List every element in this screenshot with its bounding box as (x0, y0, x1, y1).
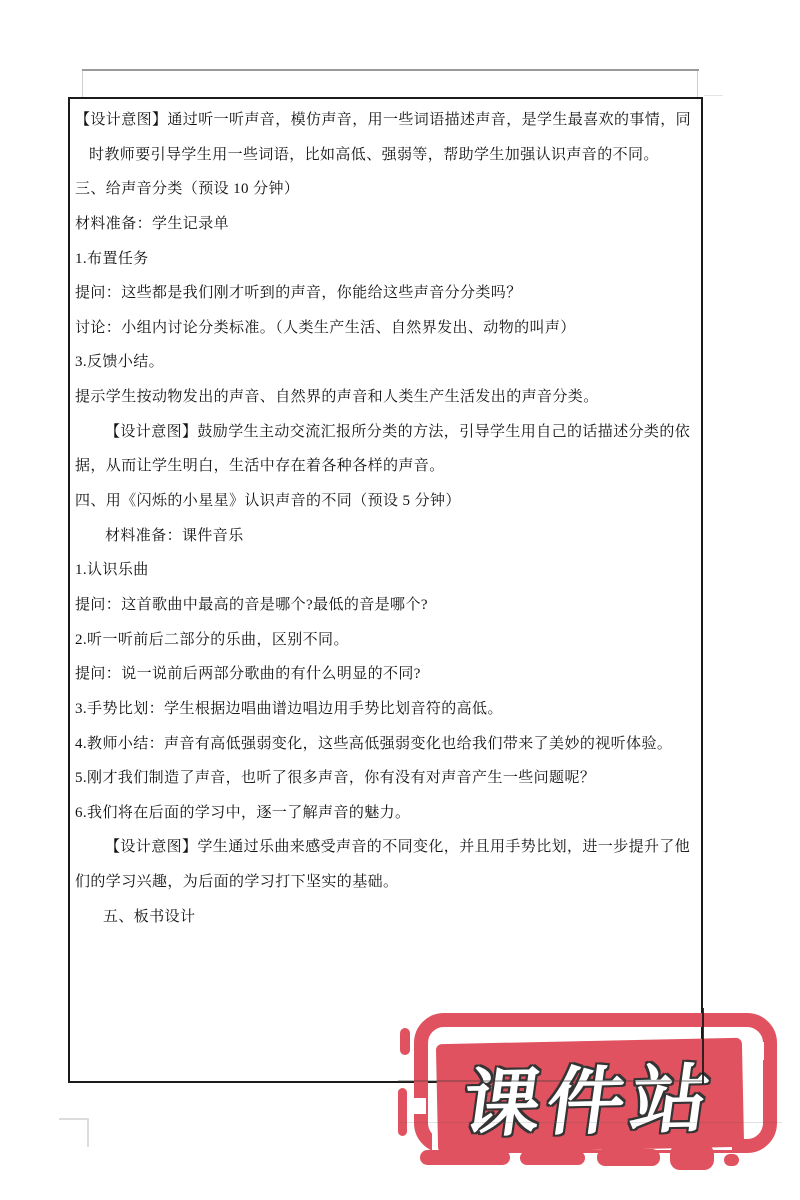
text-line: 材料准备：课件音乐 (70, 524, 701, 559)
cell-right-border-over-stamp (702, 1008, 704, 1084)
stamp-inner-plate: 课件站 (436, 1038, 744, 1153)
text-boundary-corner-mark (59, 1118, 88, 1120)
stamp-distress-dash (520, 1151, 585, 1165)
text-line: 提问：说一说前后两部分歌曲的有什么明显的不同? (70, 662, 701, 697)
text-line: 6.我们将在后面的学习中，逐一了解声音的魅力。 (70, 801, 701, 836)
text-line: 时教师要引导学生用一些词语，比如高低、强弱等，帮助学生加强认识声音的不同。 (70, 143, 701, 178)
stamp-distress-dash (398, 1088, 407, 1136)
faint-border-segment (704, 95, 723, 96)
text-line: 3.手势比划：学生根据边唱曲谱边唱边用手势比划音符的高低。 (70, 697, 701, 732)
text-line: 3.反馈小结。 (70, 350, 701, 385)
stamp-frame-gap (410, 1098, 426, 1114)
text-line: 提示学生按动物发出的声音、自然界的声音和人类生产生活发出的声音分类。 (70, 385, 701, 420)
previous-row-border-line (82, 69, 699, 71)
text-line: 1.认识乐曲 (70, 558, 701, 593)
text-line: 提问：这首歌曲中最高的音是哪个?最低的音是哪个? (70, 593, 701, 628)
kejianzhan-watermark-stamp: 课件站 (398, 1008, 790, 1178)
cell-bottom-border-over-stamp (398, 1080, 704, 1082)
text-line: 2.听一听前后二部分的乐曲，区别不同。 (70, 628, 701, 663)
text-line: 们的学习兴趣，为后面的学习打下坚实的基础。 (70, 870, 701, 905)
text-line: 讨论：小组内讨论分类标准。（人类生产生活、自然界发出、动物的叫声） (70, 316, 701, 351)
text-line: 【设计意图】通过听一听声音，模仿声音，用一些词语描述声音，是学生最喜欢的事情，同 (70, 108, 701, 143)
text-line: 4.教师小结：声音有高低强弱变化，这些高低强弱变化也给我们带来了美妙的视听体验。 (70, 732, 701, 767)
text-line: 四、用《闪烁的小星星》认识声音的不同（预设 5 分钟） (70, 489, 701, 524)
text-line: 材料准备：学生记录单 (70, 212, 701, 247)
stamp-distress-dash (597, 1149, 660, 1166)
footer-boundary-over-stamp (398, 1122, 782, 1123)
text-boundary-corner-mark (87, 1118, 89, 1147)
text-line: 【设计意图】学生通过乐曲来感受声音的不同变化，并且用手势比划，进一步提升了他 (70, 835, 701, 870)
left-cell-border-tick (82, 71, 83, 97)
stamp-distress-dash (724, 1154, 739, 1166)
text-line: 三、给声音分类（预设 10 分钟） (70, 177, 701, 212)
stamp-distress-dash (400, 1028, 410, 1055)
text-line: 五、板书设计 (70, 905, 701, 940)
text-line: 提问：这些都是我们刚才听到的声音，你能给这些声音分分类吗？ (70, 281, 701, 316)
text-line: 5.刚才我们制造了声音，也听了很多声音，你有没有对声音产生一些问题呢？ (70, 766, 701, 801)
right-cell-border-tick (697, 71, 698, 97)
text-line: 1.布置任务 (70, 247, 701, 282)
document-text-block: 【设计意图】通过听一听声音，模仿声音，用一些词语描述声音，是学生最喜欢的事情，同… (70, 108, 701, 939)
text-line: 【设计意图】鼓励学生主动交流汇报所分类的方法，引导学生用自己的话描述分类的依 (70, 420, 701, 455)
stamp-frame-gap (746, 1042, 764, 1060)
text-line: 据，从而让学生明白，生活中存在着各种各样的声音。 (70, 454, 701, 489)
document-page: { "page": { "background": "#ffffff" }, "… (0, 0, 800, 1200)
stamp-text: 课件站 (457, 1040, 724, 1152)
lesson-plan-table-cell: 【设计意图】通过听一听声音，模仿声音，用一些词语描述声音，是学生最喜欢的事情，同… (68, 97, 703, 1083)
